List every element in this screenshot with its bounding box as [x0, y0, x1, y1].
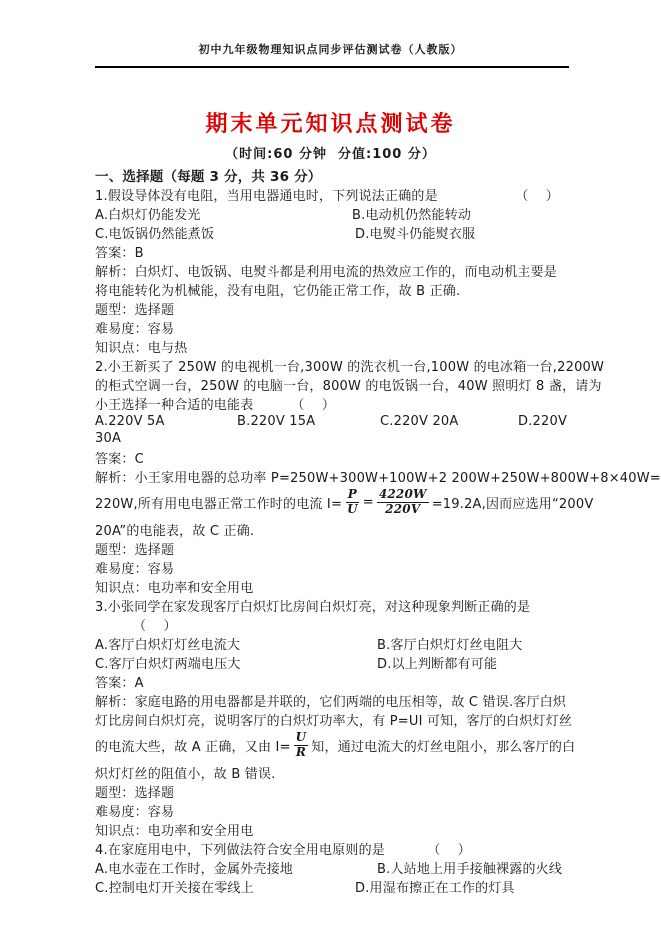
q2-formula-pre: 220W,所有用电电器正常工作时的电流 I=: [95, 493, 342, 512]
q3-formula-fraction: U R: [294, 731, 309, 760]
q3-answer-bracket: （ ）: [95, 615, 571, 634]
q2-stem-line-2: 的柜式空调一台，250W 的电脑一台，800W 的电饭锅一台，40W 照明灯 8…: [95, 375, 571, 394]
q2-options-row: A.220V 5A B.220V 15A C.220V 20A D.220V: [95, 413, 571, 430]
q2-answer-bracket: （ ）: [291, 394, 335, 413]
q3-analysis-formula-row: 的电流大些，故 A 正确，又由 I= U R 知，通过电流大的灯丝电阻小，那么客…: [95, 729, 571, 763]
q2-option-c: C.220V 20A: [380, 414, 518, 429]
q1-options-row-1: A.白炽灯仍能发光 B.电动机仍然能转动: [95, 204, 571, 223]
q4-option-d: D.用湿布擦正在工作的灯具: [355, 877, 515, 896]
q3-options-row-1: A.客厅白炽灯灯丝电流大 B.客厅白炽灯灯丝电阻大: [95, 634, 571, 653]
q3-analysis-line-1: 解析：家庭电路的用电器都是并联的，它们两端的电压相等，故 C 错误.客厅白炽: [95, 691, 571, 710]
q2-difficulty: 难易度：容易: [95, 558, 571, 577]
q3-formula-pre: 的电流大些，故 A 正确，又由 I=: [95, 736, 291, 755]
q1-option-d: D.电熨斗仍能熨衣服: [355, 223, 475, 242]
q2-option-d-wrap: 30A: [95, 430, 571, 447]
q1-option-a: A.白炽灯仍能发光: [95, 204, 352, 223]
q2-stem-line-1: 2.小王新买了 250W 的电视机一台,300W 的洗衣机一台,100W 的电冰…: [95, 356, 571, 375]
q3-knowledge-point: 知识点：电功率和安全用电: [95, 820, 571, 839]
q2-stem-row-3: 小王选择一种合适的电能表 （ ）: [95, 394, 571, 413]
q2-frac1-numerator: P: [346, 488, 359, 503]
q1-option-c: C.电饭锅仍然能煮饭: [95, 223, 355, 242]
q2-analysis-line-3: 20A”的电能表，故 C 正确.: [95, 520, 571, 539]
q3-options-row-2: C.客厅白炽灯两端电压大 D.以上判断都有可能: [95, 653, 571, 672]
q2-option-d: D.220V: [518, 414, 567, 429]
q1-question-type: 题型：选择题: [95, 299, 571, 318]
q4-option-c: C.控制电灯开关接在零线上: [95, 877, 355, 896]
q1-stem: 1.假设导体没有电阻，当用电器通电时，下列说法正确的是: [95, 185, 438, 204]
q1-analysis-line-1: 解析：白炽灯、电饭锅、电熨斗都是利用电流的热效应工作的，而电动机主要是: [95, 261, 571, 280]
q4-option-b: B.人站地上用手接触裸露的火线: [377, 858, 562, 877]
q3-frac-denominator: R: [294, 746, 308, 760]
q2-formula-fraction-2: 4220W 220V: [377, 488, 429, 517]
q4-stem-row: 4.在家庭用电中，下列做法符合安全用电原则的是 （ ）: [95, 839, 571, 858]
q2-option-a: A.220V 5A: [95, 414, 237, 429]
q2-option-b: B.220V 15A: [237, 414, 380, 429]
q3-formula-post: 知，通过电流大的灯丝电阻小，那么客厅的白: [311, 736, 575, 755]
q4-options-row-2: C.控制电灯开关接在零线上 D.用湿布擦正在工作的灯具: [95, 877, 571, 896]
q1-options-row-2: C.电饭锅仍然能煮饭 D.电熨斗仍能熨衣服: [95, 223, 571, 242]
document-body: 一、选择题（每题 3 分，共 36 分） 1.假设导体没有电阻，当用电器通电时，…: [95, 165, 571, 896]
q4-option-a: A.电水壶在工作时，金属外壳接地: [95, 858, 377, 877]
q1-analysis-line-2: 将电能转化为机械能，没有电阻，它仍能正常工作，故 B 正确.: [95, 280, 571, 299]
q3-option-a: A.客厅白炽灯灯丝电流大: [95, 634, 377, 653]
q1-answer: 答案：B: [95, 242, 571, 261]
document-header: 初中九年级物理知识点同步评估测试卷（人教版）: [0, 41, 661, 57]
q1-option-b: B.电动机仍然能转动: [352, 204, 471, 223]
q2-formula-equals: =: [363, 495, 374, 510]
q2-stem-line-3: 小王选择一种合适的电能表: [95, 394, 253, 413]
q2-analysis-line-1: 解析：小王家用电器的总功率 P=250W+300W+100W+2 200W+25…: [95, 467, 571, 486]
q2-frac2-numerator: 4220W: [377, 488, 429, 503]
q2-formula-fraction-1: P U: [345, 488, 360, 517]
q3-option-b: B.客厅白炽灯灯丝电阻大: [377, 634, 522, 653]
q4-answer-bracket: （ ）: [427, 839, 471, 858]
q1-stem-row: 1.假设导体没有电阻，当用电器通电时，下列说法正确的是 （ ）: [95, 185, 571, 204]
q3-answer: 答案：A: [95, 672, 571, 691]
q3-analysis-line-2: 灯比房间白炽灯亮，说明客厅的白炽灯功率大，有 P=UI 可知，客厅的白炽灯灯丝: [95, 710, 571, 729]
q3-stem: 3.小张同学在家发现客厅白炽灯比房间白炽灯亮，对这种现象判断正确的是: [95, 596, 571, 615]
q1-difficulty: 难易度：容易: [95, 318, 571, 337]
page-title: 期末单元知识点测试卷: [0, 107, 661, 138]
q2-frac2-denominator: 220V: [383, 503, 422, 517]
q3-difficulty: 难易度：容易: [95, 801, 571, 820]
q1-answer-bracket: （ ）: [515, 185, 559, 204]
header-divider: [95, 66, 569, 68]
q4-options-row-1: A.电水壶在工作时，金属外壳接地 B.人站地上用手接触裸露的火线: [95, 858, 571, 877]
q3-option-d: D.以上判断都有可能: [377, 653, 497, 672]
q3-analysis-line-4: 炽灯灯丝的阻值小，故 B 错误.: [95, 763, 571, 782]
q2-answer: 答案：C: [95, 448, 571, 467]
document-page: 初中九年级物理知识点同步评估测试卷（人教版） 期末单元知识点测试卷 （时间:60…: [0, 0, 661, 935]
exam-time-score: （时间:60 分钟 分值:100 分）: [0, 143, 661, 162]
q2-question-type: 题型：选择题: [95, 539, 571, 558]
q2-formula-post: =19.2A,因而应选用“200V: [432, 493, 594, 512]
q2-frac1-denominator: U: [345, 503, 360, 517]
q2-knowledge-point: 知识点：电功率和安全用电: [95, 577, 571, 596]
q2-analysis-formula-row: 220W,所有用电电器正常工作时的电流 I= P U = 4220W 220V …: [95, 486, 571, 520]
q3-question-type: 题型：选择题: [95, 782, 571, 801]
q4-stem: 4.在家庭用电中，下列做法符合安全用电原则的是: [95, 839, 385, 858]
q3-frac-numerator: U: [294, 731, 309, 746]
q3-option-c: C.客厅白炽灯两端电压大: [95, 653, 377, 672]
q1-knowledge-point: 知识点：电与热: [95, 337, 571, 356]
section-heading: 一、选择题（每题 3 分，共 36 分）: [95, 165, 571, 185]
